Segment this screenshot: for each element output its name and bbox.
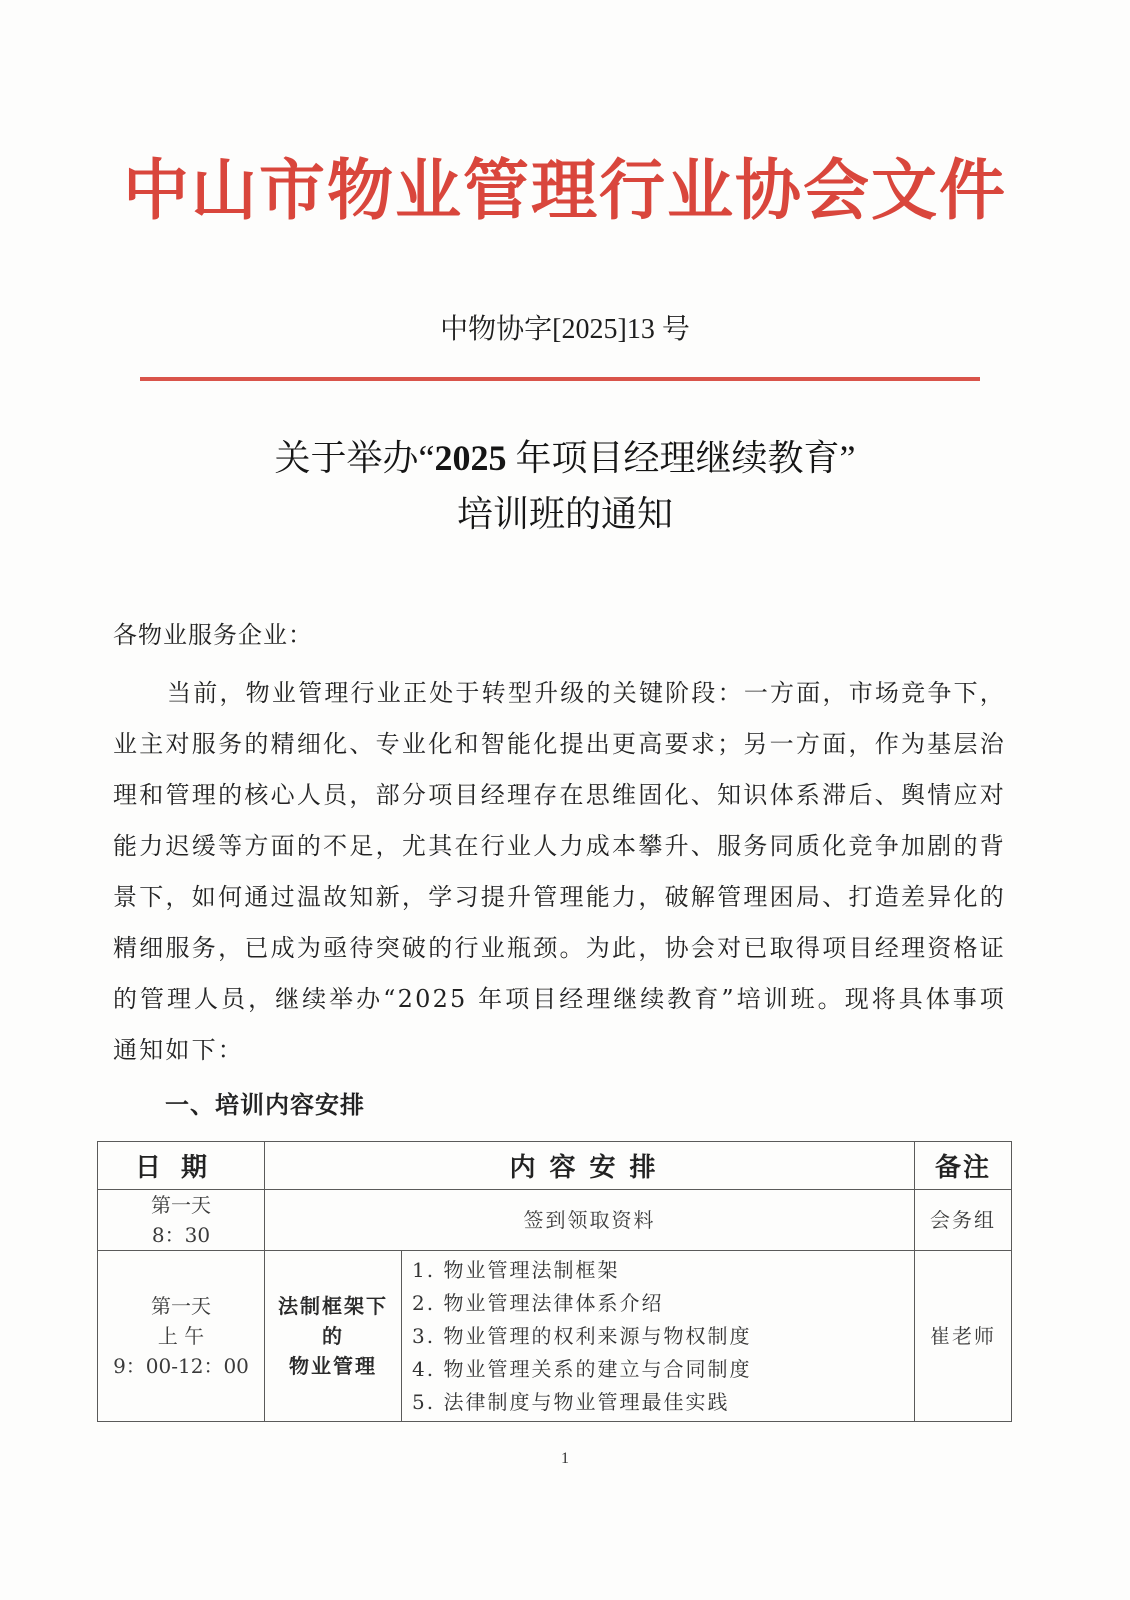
list-item: 5. 法律制度与物业管理最佳实践 xyxy=(412,1386,914,1419)
header-date: 日期 xyxy=(98,1142,265,1190)
body-paragraph: 当前，物业管理行业正处于转型升级的关键阶段：一方面，市场竞争下，业主对服务的精细… xyxy=(113,668,1006,1076)
items-cell: 1. 物业管理法制框架 2. 物业管理法律体系介绍 3. 物业管理的权利来源与物… xyxy=(402,1251,915,1422)
notes-cell: 崔老师 xyxy=(915,1251,1012,1422)
list-item: 4. 物业管理关系的建立与合同制度 xyxy=(412,1353,914,1386)
date-cell: 第一天 上 午 9：00-12：00 xyxy=(98,1251,265,1422)
notes-cell: 会务组 xyxy=(915,1190,1012,1251)
topic-line: 法制框架下 xyxy=(265,1291,401,1321)
document-number: 中物协字[2025]13 号 xyxy=(0,312,1130,348)
table-header-row: 日期 内容安排 备注 xyxy=(98,1142,1012,1190)
table-row: 第一天 上 午 9：00-12：00 法制框架下 的 物业管理 1. 物业管理法… xyxy=(98,1251,1012,1422)
section-heading: 一、培训内容安排 xyxy=(165,1088,365,1122)
date-time: 9：00-12：00 xyxy=(98,1351,264,1381)
page-number: 1 xyxy=(0,1450,1130,1468)
schedule-table: 日期 内容安排 备注 第一天 8：30 签到领取资料 会务组 第一天 上 午 9… xyxy=(97,1141,1012,1422)
list-item: 3. 物业管理的权利来源与物权制度 xyxy=(412,1320,914,1353)
topic-line: 物业管理 xyxy=(265,1351,401,1381)
issuer-header: 中山市物业管理行业协会文件 xyxy=(0,150,1130,230)
document-title: 关于举办“2025 年项目经理继续教育” 培训班的通知 xyxy=(0,430,1130,542)
date-cell: 第一天 8：30 xyxy=(98,1190,265,1251)
header-content: 内容安排 xyxy=(265,1142,915,1190)
document-page: 中山市物业管理行业协会文件 中物协字[2025]13 号 关于举办“2025 年… xyxy=(0,0,1130,1600)
date-period: 上 午 xyxy=(98,1321,264,1351)
content-cell: 签到领取资料 xyxy=(265,1190,915,1251)
date-time: 8：30 xyxy=(98,1220,264,1250)
date-day: 第一天 xyxy=(98,1291,264,1321)
list-item: 2. 物业管理法律体系介绍 xyxy=(412,1287,914,1320)
date-day: 第一天 xyxy=(98,1190,264,1220)
list-item: 1. 物业管理法制框架 xyxy=(412,1254,914,1287)
salutation: 各物业服务企业： xyxy=(113,618,313,652)
title-prefix: 关于举办“ xyxy=(275,438,435,478)
topic-cell: 法制框架下 的 物业管理 xyxy=(265,1251,402,1422)
topic-line: 的 xyxy=(265,1321,401,1351)
red-divider xyxy=(140,377,980,381)
title-line-2: 培训班的通知 xyxy=(0,486,1130,542)
table-row: 第一天 8：30 签到领取资料 会务组 xyxy=(98,1190,1012,1251)
title-year: 2025 xyxy=(435,438,507,478)
header-notes: 备注 xyxy=(915,1142,1012,1190)
title-line-1: 关于举办“2025 年项目经理继续教育” xyxy=(0,430,1130,486)
title-suffix: 年项目经理继续教育” xyxy=(507,438,856,478)
